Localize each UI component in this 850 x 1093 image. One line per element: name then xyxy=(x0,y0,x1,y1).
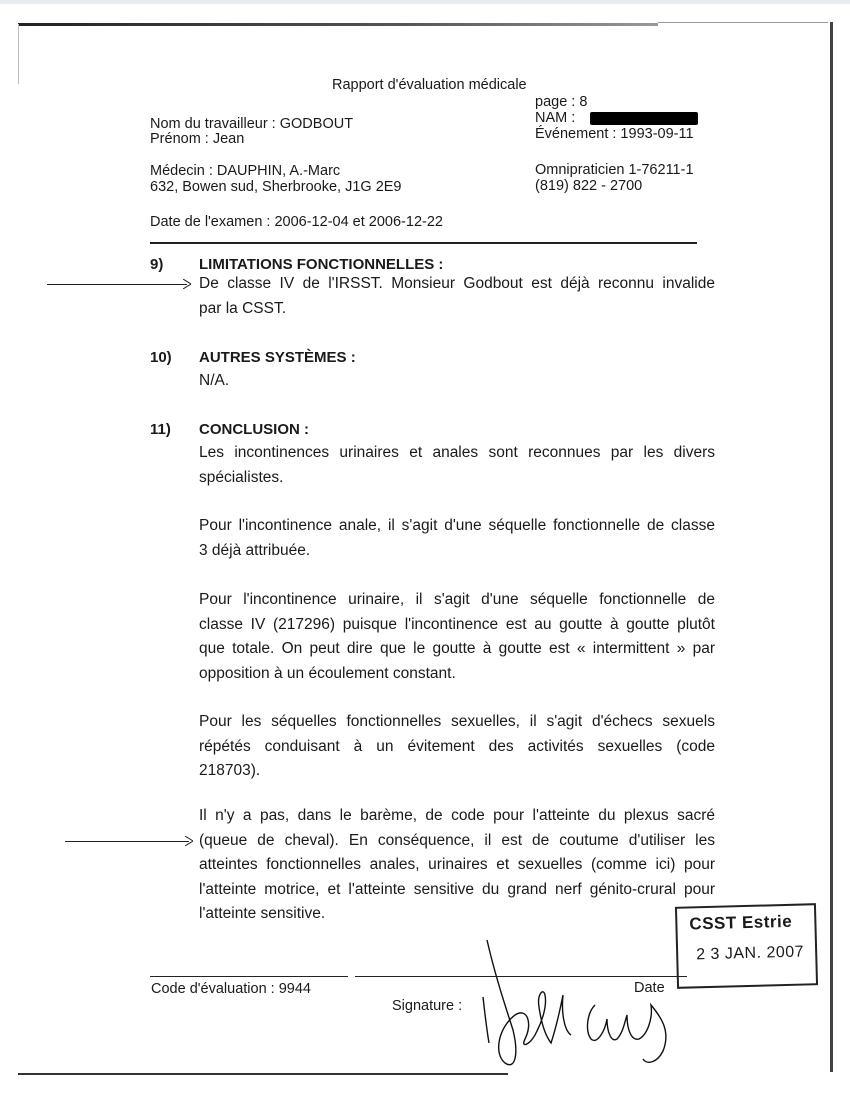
text-line: Pour l'incontinence anale, il s'agit d'u… xyxy=(199,514,715,539)
worker-name: Nom du travailleur : GODBOUT xyxy=(150,116,353,132)
section-9-number: 9) xyxy=(150,256,163,273)
section-11-number: 11) xyxy=(150,421,171,438)
received-stamp: CSST Estrie 2 3 JAN. 2007 xyxy=(675,903,818,989)
arrow-right-icon xyxy=(65,836,193,848)
text-line: De classe IV de l'IRSST. Monsieur Godbou… xyxy=(199,272,715,297)
text-line: par la CSST. xyxy=(199,297,715,322)
text-line: spécialistes. xyxy=(199,466,715,491)
text-line: opposition à un écoulement constant. xyxy=(199,662,715,687)
text-line: N/A. xyxy=(199,369,715,394)
text-line: répétés conduisant à un évitement des ac… xyxy=(199,735,715,760)
page-top-edge-faint xyxy=(658,22,828,23)
text-line: que totale. On peut dire que le goutte à… xyxy=(199,637,715,662)
conclusion-paragraph-3: Pour l'incontinence urinaire, il s'agit … xyxy=(199,588,715,686)
evaluation-code: Code d'évaluation : 9944 xyxy=(151,981,311,997)
practitioner-number: Omnipraticien 1-76211-1 xyxy=(535,162,694,178)
text-line: atteintes fonctionnelles anales, urinair… xyxy=(199,853,715,878)
nam-label: NAM : xyxy=(535,110,575,126)
doctor-address: 632, Bowen sud, Sherbrooke, J1G 2E9 xyxy=(150,179,402,195)
text-line: Pour les séquelles fonctionnelles sexuel… xyxy=(199,710,715,735)
stamp-date: 2 3 JAN. 2007 xyxy=(696,943,804,964)
section-10-paragraph: N/A. xyxy=(199,369,715,394)
text-line: Les incontinences urinaires et anales so… xyxy=(199,441,715,466)
page-left-edge xyxy=(18,24,19,84)
scan-top-band xyxy=(0,0,850,4)
handwritten-signature xyxy=(475,935,690,1075)
section-9-title: LIMITATIONS FONCTIONNELLES : xyxy=(199,256,443,273)
exam-date: Date de l'examen : 2006-12-04 et 2006-12… xyxy=(150,214,443,230)
signature-label: Signature : xyxy=(392,998,462,1014)
text-line: 218703). xyxy=(199,759,715,784)
text-line: Il n'y a pas, dans le barème, de code po… xyxy=(199,804,715,829)
conclusion-paragraph-2: Pour l'incontinence anale, il s'agit d'u… xyxy=(199,514,715,563)
section-9-paragraph: De classe IV de l'IRSST. Monsieur Godbou… xyxy=(199,272,715,321)
text-line: 3 déjà attribuée. xyxy=(199,539,715,564)
section-10-title: AUTRES SYSTÈMES : xyxy=(199,349,356,366)
text-line: (queue de cheval). En conséquence, il es… xyxy=(199,829,715,854)
section-10-number: 10) xyxy=(150,349,172,366)
text-line: l'atteinte sensitive. xyxy=(199,902,715,927)
redaction-bar xyxy=(590,112,698,125)
report-title: Rapport d'évaluation médicale xyxy=(332,77,527,93)
doctor-name: Médecin : DAUPHIN, A.-Marc xyxy=(150,163,340,179)
event-date: Événement : 1993-09-11 xyxy=(535,126,694,142)
text-line: l'atteinte motrice, et l'atteinte sensit… xyxy=(199,878,715,903)
worker-firstname: Prénom : Jean xyxy=(150,131,244,147)
stamp-office: CSST Estrie xyxy=(689,912,792,935)
arrow-right-icon xyxy=(47,279,191,291)
conclusion-paragraph-4: Pour les séquelles fonctionnelles sexuel… xyxy=(199,710,715,784)
page-number: page : 8 xyxy=(535,94,587,110)
page-top-edge xyxy=(18,23,658,26)
conclusion-paragraph-5: Il n'y a pas, dans le barème, de code po… xyxy=(199,804,715,927)
text-line: Pour l'incontinence urinaire, il s'agit … xyxy=(199,588,715,613)
text-line: classe IV (217296) puisque l'incontinenc… xyxy=(199,613,715,638)
page-right-edge xyxy=(830,22,833,1072)
signature-divider-left xyxy=(150,976,348,977)
page-bottom-edge xyxy=(18,1073,508,1075)
header-divider xyxy=(150,242,697,244)
section-11-title: CONCLUSION : xyxy=(199,421,309,438)
conclusion-paragraph-1: Les incontinences urinaires et anales so… xyxy=(199,441,715,490)
phone-number: (819) 822 - 2700 xyxy=(535,178,642,194)
